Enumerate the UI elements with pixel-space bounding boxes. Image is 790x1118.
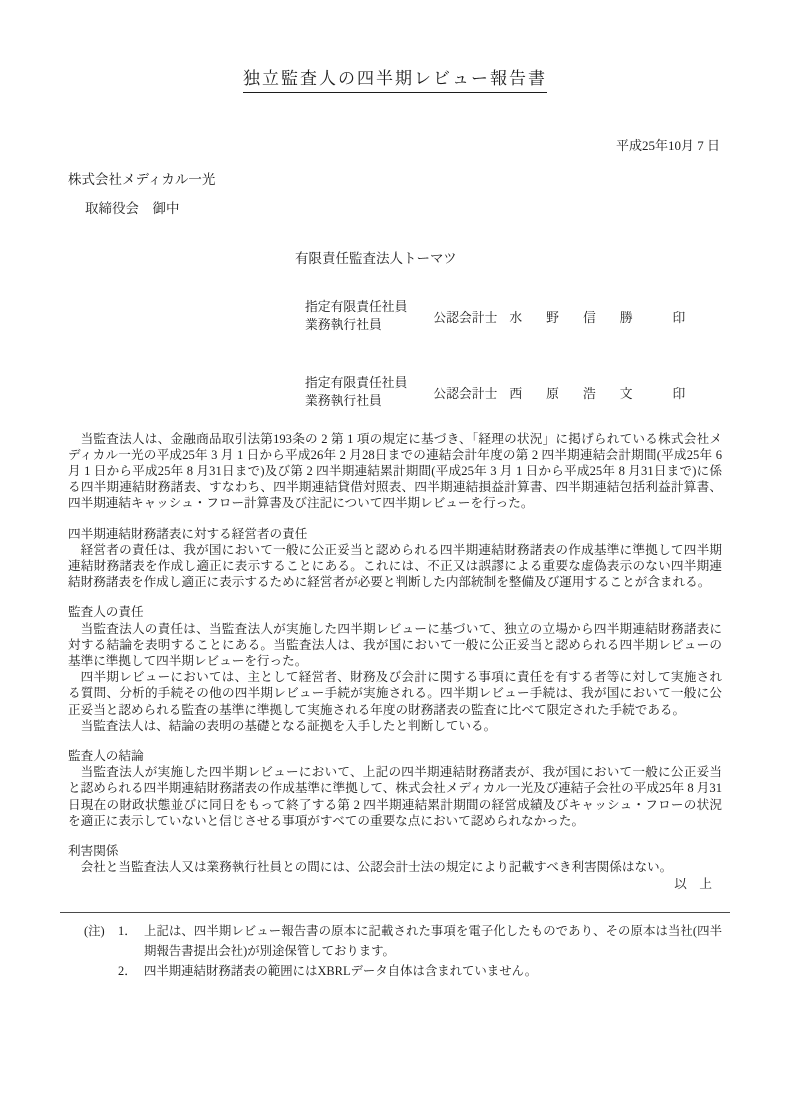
section-heading-auditor-conclusion: 監査人の結論 (68, 748, 722, 764)
report-body: 当監査法人は、金融商品取引法第193条の 2 第 1 項の規定に基づき、「経理の… (68, 431, 722, 892)
signer-2-seal-mark: 印 (673, 383, 686, 402)
signer-1-roles: 指定有限責任社員 業務執行社員 (305, 299, 407, 335)
note-2-text: 四半期連結財務諸表の範囲にはXBRLデータ自体は含まれていません。 (144, 961, 722, 981)
notes-items: 1． 上記は、四半期レビュー報告書の原本に記載された事項を電子化したものであり、… (118, 921, 722, 981)
addressee-company: 株式会社メディカル一光 (68, 168, 722, 188)
signer-1-seal-mark: 印 (673, 307, 686, 326)
intro-paragraph: 当監査法人は、金融商品取引法第193条の 2 第 1 項の規定に基づき、「経理の… (68, 431, 722, 512)
notes-label: (注) (84, 921, 118, 981)
section-management-responsibility: 四半期連結財務諸表に対する経営者の責任 経営者の責任は、我が国において一般に公正… (68, 526, 722, 591)
notes-block: (注) 1． 上記は、四半期レビュー報告書の原本に記載された事項を電子化したもの… (68, 921, 722, 981)
signature-row-1: 指定有限責任社員 業務執行社員 公認会計士 水野信勝 印 (68, 299, 722, 335)
section-auditor-conclusion: 監査人の結論 当監査法人が実施した四半期レビューにおいて、上記の四半期連結財務諸… (68, 748, 722, 829)
signer-2-title: 公認会計士 (433, 383, 497, 402)
signer-1-role-line2: 業務執行社員 (305, 317, 407, 335)
signer-2-role-line2: 業務執行社員 (305, 393, 407, 411)
section-paragraph: 経営者の責任は、我が国において一般に公正妥当と認められる四半期連結財務諸表の作成… (68, 542, 722, 591)
section-interest-relationship: 利害関係 会社と当監査法人又は業務執行社員との間には、公認会計士法の規定により記… (68, 843, 722, 875)
section-auditor-responsibility: 監査人の責任 当監査法人の責任は、当監査法人が実施した四半期レビューに基づいて、… (68, 604, 722, 734)
section-paragraph: 会社と当監査法人又は業務執行社員との間には、公認会計士法の規定により記載すべき利… (68, 859, 722, 875)
note-item-2: 2． 四半期連結財務諸表の範囲にはXBRLデータ自体は含まれていません。 (118, 961, 722, 981)
signer-1-name: 水野信勝 (509, 307, 656, 326)
note-item-1: 1． 上記は、四半期レビュー報告書の原本に記載された事項を電子化したものであり、… (118, 921, 722, 961)
addressee-board: 取締役会 御中 (68, 197, 722, 217)
note-2-number: 2． (118, 961, 144, 981)
signer-1-title: 公認会計士 (433, 307, 497, 326)
signer-1-role-line1: 指定有限責任社員 (305, 299, 407, 317)
section-paragraph: 当監査法人は、結論の表明の基礎となる証拠を入手したと判断している。 (68, 718, 722, 734)
section-heading-interest-relationship: 利害関係 (68, 843, 722, 859)
signer-2-name: 西原浩文 (509, 383, 656, 402)
section-heading-management-responsibility: 四半期連結財務諸表に対する経営者の責任 (68, 526, 722, 542)
signature-row-2: 指定有限責任社員 業務執行社員 公認会計士 西原浩文 印 (68, 375, 722, 411)
signer-2-role-line1: 指定有限責任社員 (305, 375, 407, 393)
note-1-text: 上記は、四半期レビュー報告書の原本に記載された事項を電子化したものであり、その原… (144, 921, 722, 961)
closing-mark: 以 上 (68, 876, 722, 892)
section-paragraph: 当監査法人が実施した四半期レビューにおいて、上記の四半期連結財務諸表が、我が国に… (68, 764, 722, 829)
notes-divider (60, 912, 730, 913)
signer-2-roles: 指定有限責任社員 業務執行社員 (305, 375, 407, 411)
report-date: 平成25年10月 7 日 (68, 135, 722, 154)
section-heading-auditor-responsibility: 監査人の責任 (68, 604, 722, 620)
page-title-text: 独立監査人の四半期レビュー報告書 (243, 64, 547, 93)
audit-firm-name: 有限責任監査法人トーマツ (68, 247, 722, 267)
page-title: 独立監査人の四半期レビュー報告書 (68, 64, 722, 93)
note-1-number: 1． (118, 921, 144, 961)
section-paragraph: 当監査法人の責任は、当監査法人が実施した四半期レビューに基づいて、独立の立場から… (68, 621, 722, 670)
quarterly-review-report-page: 独立監査人の四半期レビュー報告書 平成25年10月 7 日 株式会社メディカル一… (0, 0, 790, 1118)
section-paragraph: 四半期レビューにおいては、主として経営者、財務及び会計に関する事項に責任を有する… (68, 669, 722, 718)
